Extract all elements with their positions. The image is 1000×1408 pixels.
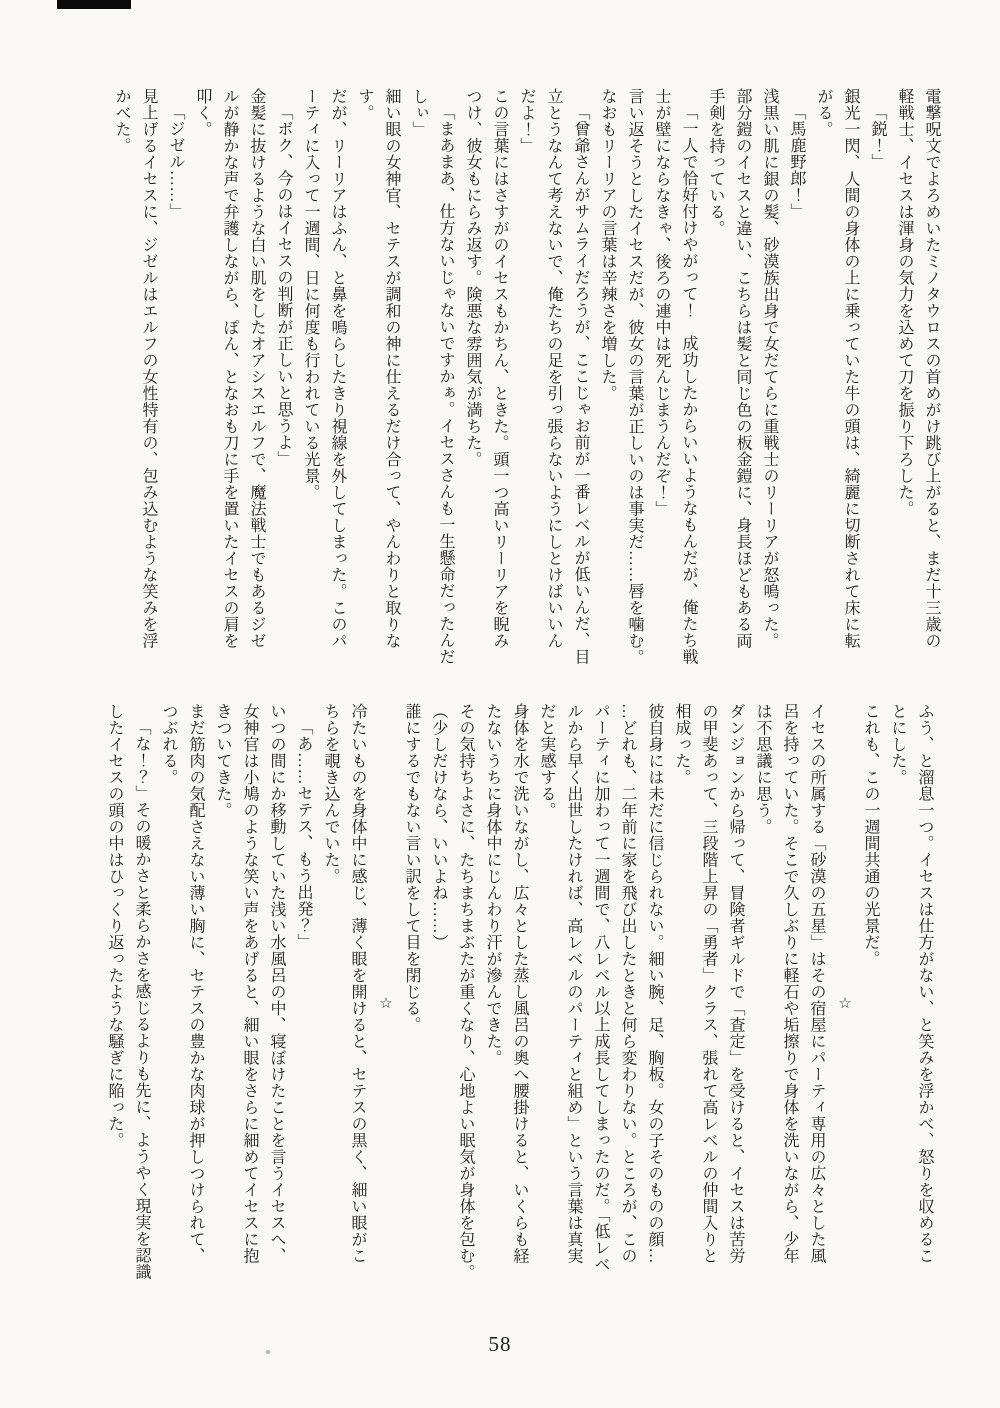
text-column: 士が壁にならなきゃ、後ろの連中は死んじまうんだぞ！」: [648, 88, 675, 688]
text-column: 軽戦士、イセスは渾身の気力を込めて刀を振り下ろした。: [891, 88, 918, 688]
text-column: いつの間にか移動していた浅い水風呂の中、寝ぼけたことを言うイセスへ、: [263, 703, 290, 1303]
text-column: だと実感する。: [533, 703, 560, 1303]
section-star: ☆: [371, 703, 398, 1303]
text-column: その気持ちよさに、たちまちまぶたが重くなり、心地よい眠気が身体を包む。: [452, 703, 479, 1303]
text-column: 「ボク、今のはイセスの判断が正しいと思うよ」: [270, 88, 297, 688]
text-column: す。: [351, 88, 378, 688]
text-column: 身体を水で洗いながし、広々とした蒸し風呂の奥へ腰掛けると、いくらも経: [506, 703, 533, 1303]
text-column: 部分鎧のイセスと違い、こちらは髪と同じ色の板金鎧に、身長ほどもある両: [729, 88, 756, 688]
text-column: 女神官は小鳩のような笑い声をあげると、細い眼をさらに細めてイセスに抱: [236, 703, 263, 1303]
text-column: 「な！？」その暖かさと柔らかさを感じるよりも先に、ようやく現実を認識: [128, 703, 155, 1303]
text-column: たないうちに身体中にじんわり汗が滲んできた。: [479, 703, 506, 1303]
text-column: 呂を持っていた。そこで久しぶりに軽石や垢擦りで身体を洗いながら、少年: [776, 703, 803, 1303]
text-column: 「馬鹿野郎！」: [783, 88, 810, 688]
text-column: 言い返そうとしたイセスだが、彼女の言葉が正しいのは事実だ……唇を噛む。: [621, 88, 648, 688]
text-column: 立とうなんて考えないで、俺たちの足を引っ張らないようにしとけばいいん: [540, 88, 567, 688]
scan-artifact-bar: [57, 0, 131, 9]
text-column: がる。: [810, 88, 837, 688]
text-column: 「ジゼル……」: [162, 88, 189, 688]
text-column: ちらを覗き込んでいた。: [317, 703, 344, 1303]
text-column: だよ！」: [513, 88, 540, 688]
text-column: なおもリーリアの言葉は辛辣さを増した。: [594, 88, 621, 688]
text-column: …どれも、二年前に家を飛び出したときと何ら変わりない。ところが、この: [614, 703, 641, 1303]
text-column: は不思議に思う。: [749, 703, 776, 1303]
text-column: これも、この一週間共通の光景だ。: [857, 703, 884, 1303]
section-star: ☆: [830, 703, 857, 1303]
text-column: 誰にするでもない言い訳をして目を閉じる。: [398, 703, 425, 1303]
text-column: したイセスの頭の中はひっくり返ったような騒ぎに陥った。: [101, 703, 128, 1303]
text-column: まだ筋肉の気配さえない薄い胸に、セテスの豊かな肉球が押しつけられて、: [182, 703, 209, 1303]
text-column: かべた。: [108, 88, 135, 688]
text-column: 「曾爺さんがサムライだろうが、ここじゃお前が一番レベルが低いんだ、目: [567, 88, 594, 688]
page-number: 58: [0, 1332, 1000, 1357]
text-column: ルから早く出世したければ、高レベルのパーティと組め」という言葉は真実: [560, 703, 587, 1303]
text-column: つぶれる。: [155, 703, 182, 1303]
lower-text-block: ふう、と溜息一つ。イセスは仕方がない、と笑みを浮かべ、怒りを収めることにした。こ…: [101, 703, 938, 1303]
text-column: しぃ」: [405, 88, 432, 688]
text-column: 「一人で恰好付けやがって！ 成功したからいいようなもんだが、俺たち戦: [675, 88, 702, 688]
text-column: ーティに入って一週間、日に何度も行われている光景。: [297, 88, 324, 688]
text-column: の甲斐あって、三段階上昇の「勇者」クラス、張れて高レベルの仲間入りと: [695, 703, 722, 1303]
scan-artifact-speck: [266, 1350, 270, 1354]
text-column: 冷たいものを身体中に感じ、薄く眼を開けると、セテスの黒く、細い眼がこ: [344, 703, 371, 1303]
text-column: 銀光一閃、人間の身体の上に乗っていた牛の頭は、綺麗に切断されて床に転: [837, 88, 864, 688]
text-column: 「あ……セテス、もう出発？」: [290, 703, 317, 1303]
text-column: この言葉にはさすがのイセスもかちん、ときた。頭一つ高いリーリアを睨み: [486, 88, 513, 688]
text-column: だが、リーリアはふん、と鼻を鳴らしたきり視線を外してしまった。このパ: [324, 88, 351, 688]
text-column: 浅黒い肌に銀の髪、砂漠族出身で女だてらに重戦士のリーリアが怒鳴った。: [756, 88, 783, 688]
text-column: 細い眼の女神官、セテスが調和の神に仕えるだけ合って、やんわりと取りな: [378, 88, 405, 688]
text-column: ルが静かな声で弁護しながら、ぽん、となおも刀に手を置いたイセスの肩を: [216, 88, 243, 688]
text-column: ダンジョンから帰って、冒険者ギルドで「査定」を受けると、イセスは苦労: [722, 703, 749, 1303]
upper-text-block: 電撃呪文でよろめいたミノタウロスの首めがけ跳び上がると、まだ十三歳の軽戦士、イセ…: [108, 88, 945, 688]
text-column: 相成った。: [668, 703, 695, 1303]
text-column: 「鋭！」: [864, 88, 891, 688]
text-column: 金髪に抜けるような白い肌をしたオアシスエルフで、魔法戦士でもあるジゼ: [243, 88, 270, 688]
text-column: （少しだけなら、いいよね……）: [425, 703, 452, 1303]
text-column: ふう、と溜息一つ。イセスは仕方がない、と笑みを浮かべ、怒りを収めるこ: [911, 703, 938, 1303]
text-column: 手剣を持っている。: [702, 88, 729, 688]
text-column: パーティに加わって一週間で、八レベル以上成長してしまったのだ。「低レベ: [587, 703, 614, 1303]
text-column: 彼自身には未だに信じられない。細い腕、足、胸板。女の子そのものの顔…: [641, 703, 668, 1303]
text-column: とにした。: [884, 703, 911, 1303]
text-column: 「まあまあ、仕方ないじゃないですかぁ。イセスさんも一生懸命だったんだ: [432, 88, 459, 688]
text-column: きついてきた。: [209, 703, 236, 1303]
text-column: 叩く。: [189, 88, 216, 688]
text-column: イセスの所属する「砂漠の五星」はその宿屋にパーティ専用の広々とした風: [803, 703, 830, 1303]
text-column: 見上げるイセスに、ジゼルはエルフの女性特有の、包み込むような笑みを浮: [135, 88, 162, 688]
text-column: 電撃呪文でよろめいたミノタウロスの首めがけ跳び上がると、まだ十三歳の: [918, 88, 945, 688]
scanned-novel-page: 電撃呪文でよろめいたミノタウロスの首めがけ跳び上がると、まだ十三歳の軽戦士、イセ…: [0, 0, 1000, 1408]
text-column: つけ、彼女もにらみ返す。険悪な雰囲気が満ちた。: [459, 88, 486, 688]
